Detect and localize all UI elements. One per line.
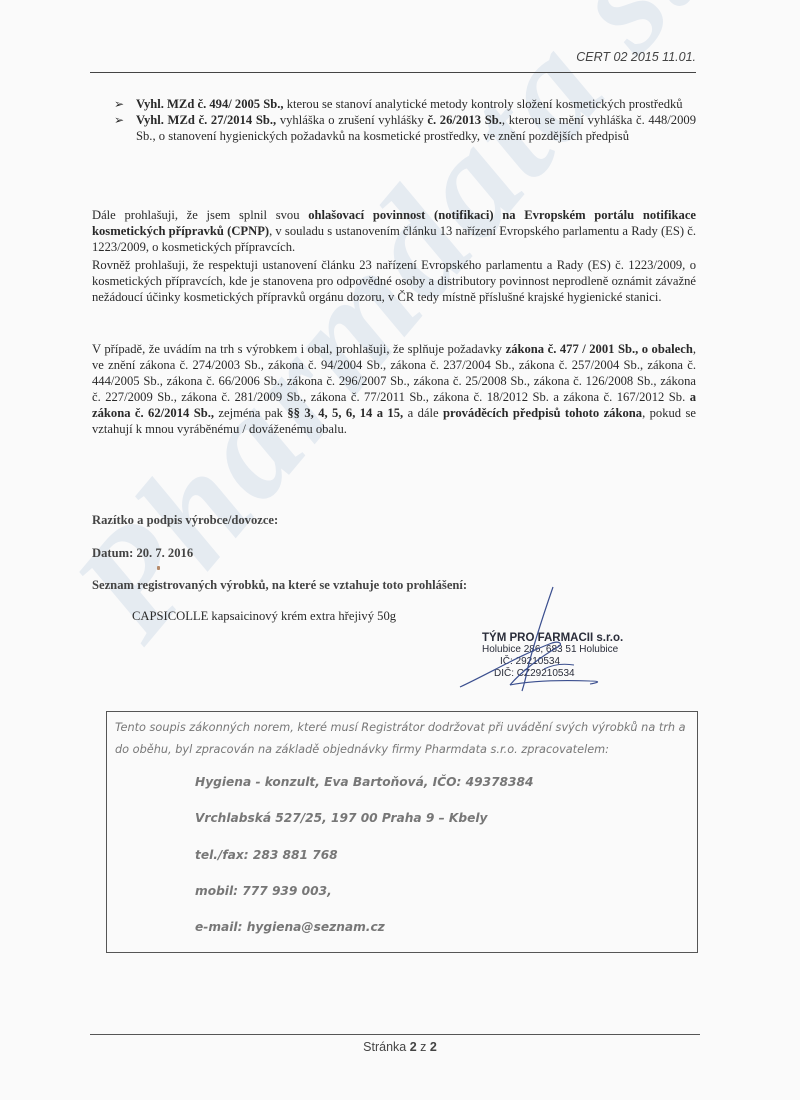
header-divider: [90, 72, 696, 73]
processor-intro: Tento soupis zákonných norem, které musí…: [115, 717, 689, 761]
processor-address: Vrchlabská 527/25, 197 00 Praha 9 – Kbel…: [195, 811, 487, 825]
notification-paragraph: Dále prohlašuji, že jsem splnil svou ohl…: [92, 207, 696, 255]
company-stamp: TÝM PRO FARMACII s.r.o. Holubice 286, 68…: [482, 632, 623, 680]
regulation-list: ➢ Vyhl. MZd č. 494/ 2005 Sb., kterou se …: [92, 96, 696, 144]
product-list-label: Seznam registrovaných výrobků, na které …: [92, 577, 696, 593]
stamp-address: Holubice 286, 683 51 Holubice: [482, 644, 623, 656]
stamp-company-name: TÝM PRO FARMACII s.r.o.: [482, 632, 623, 644]
processor-email: e-mail: hygiena@seznam.cz: [195, 920, 385, 934]
processor-name: Hygiena - konzult, Eva Bartoňová, IČO: 4…: [195, 775, 533, 789]
stamp-ico: IČ: 29210534: [482, 656, 623, 668]
stamp-dic: DIČ: CZ29210534: [482, 668, 623, 680]
packaging-paragraph: V případě, že uvádím na trh s výrobkem i…: [92, 341, 696, 437]
footer-divider: [90, 1034, 700, 1035]
list-item: ➢ Vyhl. MZd č. 494/ 2005 Sb., kterou se …: [114, 96, 696, 112]
date-value: 20. 7. 2016: [136, 546, 193, 560]
processor-info-box: Tento soupis zákonných norem, které musí…: [106, 711, 698, 953]
list-item: ➢ Vyhl. MZd č. 27/2014 Sb., vyhláška o z…: [114, 112, 696, 144]
arrow-bullet-icon: ➢: [114, 112, 124, 128]
stamp-signature-label: Razítko a podpis výrobce/dovozce:: [92, 512, 696, 528]
product-name: CAPSICOLLE kapsaicinový krém extra hřeji…: [132, 609, 396, 624]
processor-phone: tel./fax: 283 881 768: [195, 848, 338, 862]
adverse-effects-paragraph: Rovněž prohlašuji, že respektuji ustanov…: [92, 257, 696, 305]
processor-mobile: mobil: 777 939 003,: [195, 884, 332, 898]
document-reference: CERT 02 2015 11.01.: [576, 50, 696, 64]
date-line: Datum: 20. 7. 2016: [92, 545, 696, 561]
page-number: Stránka 2 z 2: [0, 1040, 800, 1054]
document-page: Pharmdata s.r.o. CERT 02 2015 11.01. ➢ V…: [0, 0, 800, 1100]
arrow-bullet-icon: ➢: [114, 96, 124, 112]
ink-dot: [157, 566, 160, 570]
